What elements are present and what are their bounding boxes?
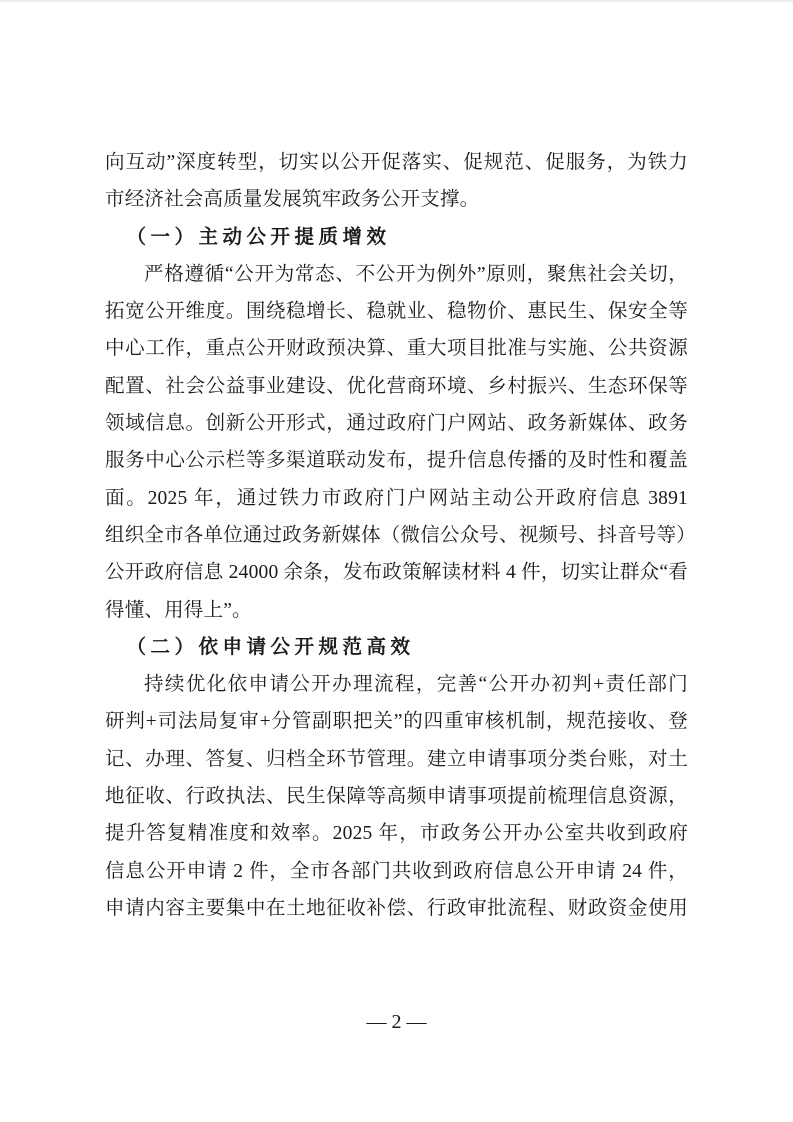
- page-footer: — 2 —: [0, 1004, 793, 1041]
- text-line: 组织全市各单位通过政务新媒体（微信公众号、视频号、抖音号等）: [105, 517, 688, 554]
- text-line: 面。2025 年，通过铁力市政府门户网站主动公开政府信息 3891 条，: [105, 480, 688, 517]
- text-line: 配置、社会公益事业建设、优化营商环境、乡村振兴、生态环保等: [105, 368, 688, 405]
- text-line: 信息公开申请 2 件，全市各部门共收到政府信息公开申请 24 件，: [105, 853, 688, 890]
- text-line: 市经济社会高质量发展筑牢政务公开支撑。: [105, 181, 688, 218]
- text-line: 服务中心公示栏等多渠道联动发布，提升信息传播的及时性和覆盖: [105, 442, 688, 479]
- text-line: 中心工作，重点公开财政预决算、重大项目批准与实施、公共资源: [105, 330, 688, 367]
- document-body: 向互动”深度转型，切实以公开促落实、促规范、促服务，为铁力 市经济社会高质量发展…: [105, 144, 688, 927]
- page-top-edge: [0, 0, 793, 2]
- text-line: 得懂、用得上”。: [105, 592, 688, 629]
- text-line: 地征收、行政执法、民生保障等高频申请事项提前梳理信息资源，: [105, 778, 688, 815]
- text-line: 记、办理、答复、归档全环节管理。建立申请事项分类台账，对土: [105, 741, 688, 778]
- section-heading: （一）主动公开提质增效: [105, 219, 688, 256]
- text-line: 领域信息。创新公开形式，通过政府门户网站、政务新媒体、政务: [105, 405, 688, 442]
- text-line: 持续优化依申请公开办理流程，完善“公开办初判+责任部门: [105, 666, 688, 703]
- text-line: 严格遵循“公开为常态、不公开为例外”原则，聚焦社会关切，: [105, 256, 688, 293]
- text-line: 研判+司法局复审+分管副职把关”的四重审核机制，规范接收、登: [105, 703, 688, 740]
- page-number: — 2 —: [367, 1011, 427, 1033]
- text-line: 提升答复精准度和效率。2025 年，市政务公开办公室共收到政府: [105, 815, 688, 852]
- text-line: 申请内容主要集中在土地征收补偿、行政审批流程、财政资金使用: [105, 890, 688, 927]
- document-page: 向互动”深度转型，切实以公开促落实、促规范、促服务，为铁力 市经济社会高质量发展…: [0, 0, 793, 1122]
- text-line: 公开政府信息 24000 余条，发布政策解读材料 4 件，切实让群众“看: [105, 554, 688, 591]
- section-heading: （二）依申请公开规范高效: [105, 629, 688, 666]
- text-line: 向互动”深度转型，切实以公开促落实、促规范、促服务，为铁力: [105, 144, 688, 181]
- text-line: 拓宽公开维度。围绕稳增长、稳就业、稳物价、惠民生、保安全等: [105, 293, 688, 330]
